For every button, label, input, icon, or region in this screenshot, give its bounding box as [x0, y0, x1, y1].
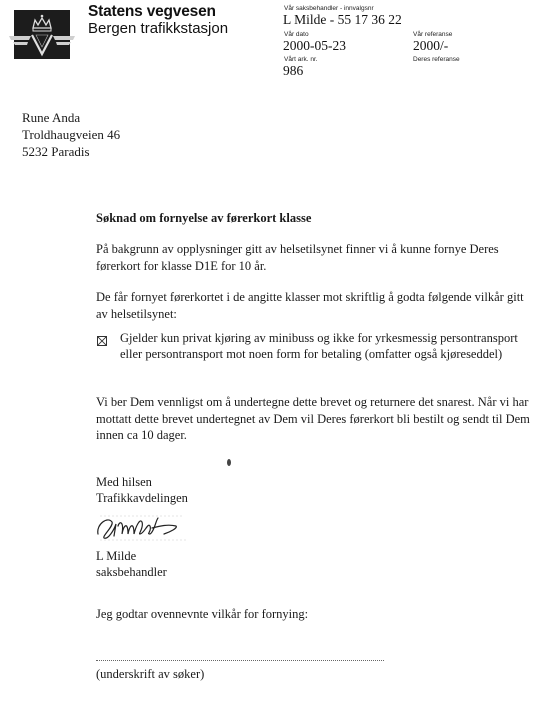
recipient-street: Troldhaugveien 46 [22, 126, 120, 143]
crown-wings-logo-icon [14, 10, 70, 59]
our-reference-label: Vår referanse [413, 31, 452, 38]
letter-subject: Søknad om fornyelse av førerkort klasse [96, 210, 536, 227]
your-reference-label: Deres referanse [413, 56, 460, 63]
organization-name: Statens vegvesen [88, 3, 216, 21]
paragraph-conditions-intro: De får fornyet førerkortet i de angitte … [96, 289, 536, 322]
acceptance-statement: Jeg godtar ovennevnte vilkår for fornyin… [96, 606, 536, 623]
caseworker-label: Vår saksbehandler - innvalgsnr [284, 5, 374, 12]
condition-text: Gjelder kun privat kjøring av minibuss o… [120, 330, 540, 362]
signer-block: L Milde saksbehandler [96, 548, 536, 580]
date-label: Vår dato [284, 31, 309, 38]
applicant-signature-line[interactable] [96, 660, 384, 661]
paragraph-instructions: Vi ber Dem vennligst om å undertegne det… [96, 394, 536, 444]
closing-block: Med hilsen Trafikkavdelingen [96, 474, 536, 506]
closing-department: Trafikkavdelingen [96, 490, 536, 506]
archive-value: 986 [283, 63, 303, 79]
recipient-name: Rune Anda [22, 109, 120, 126]
signer-title: saksbehandler [96, 564, 536, 580]
recipient-address: Rune Anda Troldhaugveien 46 5232 Paradis [22, 109, 120, 160]
signature-caption: (underskrift av søker) [96, 666, 536, 683]
caseworker-value: L Milde - 55 17 36 22 [283, 12, 402, 28]
date-value: 2000-05-23 [283, 38, 346, 54]
scan-speck [227, 459, 231, 466]
archive-label: Vårt ark. nr. [284, 56, 318, 63]
paragraph-renewal: På bakgrunn av opplysninger gitt av hels… [96, 241, 536, 274]
checkbox-x-icon [98, 337, 106, 345]
recipient-postal: 5232 Paradis [22, 143, 120, 160]
our-reference-value: 2000/- [413, 38, 448, 54]
organization-unit: Bergen trafikkstasjon [88, 20, 228, 37]
condition-checkbox[interactable] [97, 336, 107, 346]
signer-name: L Milde [96, 548, 536, 564]
handwritten-signature [94, 512, 194, 547]
closing-greeting: Med hilsen [96, 474, 536, 490]
